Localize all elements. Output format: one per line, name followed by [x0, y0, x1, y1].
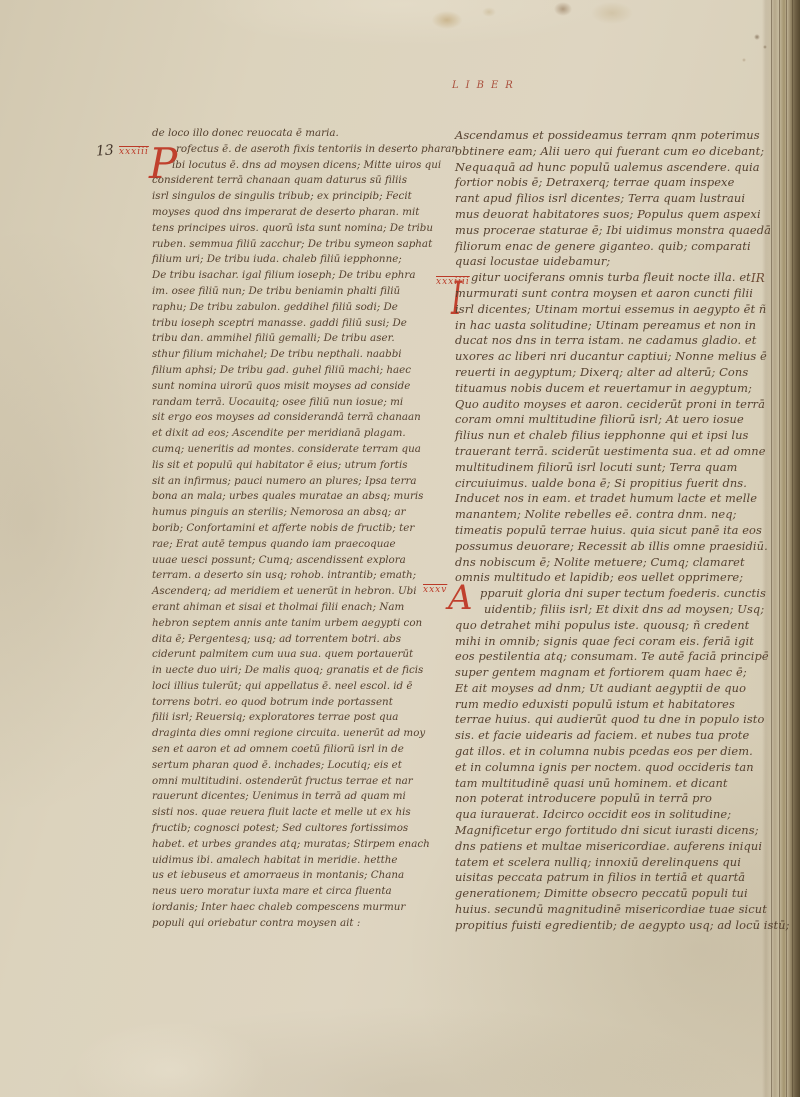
- manuscript-page: LIBER 13 xxxiii xxxiiii xxxv IR P I A de…: [0, 0, 800, 1097]
- text-line: filiorum enac de genere giganteo. quib; …: [455, 239, 767, 255]
- text-line: ruben. semmua filiū zacchur; De tribu sy…: [152, 237, 430, 253]
- text-line: tribu ioseph sceptri manasse. gaddi fili…: [152, 316, 430, 332]
- text-line: obtinere eam; Alii uero qui fuerant cum …: [455, 144, 767, 160]
- text-line: sit an infirmus; pauci numero an plures;…: [152, 474, 430, 490]
- text-line: Magnificetur ergo fortitudo dni sicut iu…: [455, 823, 767, 839]
- text-line: eos pestilentia atq; consumam. Te autē f…: [455, 649, 767, 665]
- text-line: sthur filium michahel; De tribu nepthali…: [152, 347, 430, 363]
- text-line: non poterat introducere populū in terrā …: [455, 791, 767, 807]
- text-line: dita ē; Pergentesq; usq; ad torrentem bo…: [152, 632, 430, 648]
- text-line: filium aphsi; De tribu gad. guhel filiū …: [152, 363, 430, 379]
- text-line: huius. secundū magnitudinē misericordiae…: [455, 902, 767, 918]
- text-line: uidimus ibi. amalech habitat in meridie.…: [152, 853, 430, 869]
- page-edge-line: [779, 0, 780, 1097]
- text-line: neus uero moratur iuxta mare et circa fl…: [152, 884, 430, 900]
- text-line: loci illius tulerūt; qui appellatus ē. n…: [152, 679, 430, 695]
- text-line: iordanis; Inter haec chaleb compescens m…: [152, 900, 430, 916]
- text-line: omnis multitudo et lapidib; eos uellet o…: [455, 570, 767, 586]
- text-line: sit ergo eos moyses ad considerandā terr…: [152, 410, 430, 426]
- text-line: Ascenderq; ad meridiem et uenerūt in heb…: [152, 584, 430, 600]
- text-line: filium uri; De tribu iuda. chaleb filiū …: [152, 252, 430, 268]
- text-line: Inducet nos in eam. et tradet humum lact…: [455, 491, 767, 507]
- text-line: de loco illo donec reuocata ē maria.: [152, 126, 430, 142]
- text-line: rum medio eduxisti populū istum et habit…: [455, 697, 767, 713]
- text-line: propitius fuisti egredientib; de aegypto…: [455, 918, 767, 934]
- text-line: bona an mala; urbes quales muratae an ab…: [152, 489, 430, 505]
- text-line: uidentib; filiis isrl; Et dixit dns ad m…: [455, 602, 767, 618]
- text-line: erant ahiman et sisai et tholmai filii e…: [152, 600, 430, 616]
- page-edge-line: [792, 0, 793, 1097]
- text-line: Et ait moyses ad dnm; Ut audiant aegypti…: [455, 681, 767, 697]
- text-line: rae; Erat autē tempus quando iam praecoq…: [152, 537, 430, 553]
- text-line: terram. a deserto sin usq; rohob. intran…: [152, 568, 430, 584]
- text-line: populi qui oriebatur contra moysen ait :: [152, 916, 430, 932]
- text-line: uuae uesci possunt; Cumq; ascendissent e…: [152, 553, 430, 569]
- text-line: Ascendamus et possideamus terram qnm pot…: [455, 128, 767, 144]
- text-line: isrl singulos de singulis tribub; ex pri…: [152, 189, 430, 205]
- text-line: hebron septem annis ante tanim urbem aeg…: [152, 616, 430, 632]
- text-line: et dixit ad eos; Ascendite per meridianā…: [152, 426, 430, 442]
- text-line: Quo audito moyses et aaron. ceciderūt pr…: [455, 397, 767, 413]
- text-line: isrl dicentes; Utinam mortui essemus in …: [455, 302, 767, 318]
- text-line: gat illos. et in columna nubis pcedas eo…: [455, 744, 767, 760]
- text-line: sertum pharan quod ē. inchades; Locutiq;…: [152, 758, 430, 774]
- text-line: rofectus ē. de aseroth fixis tentoriis i…: [152, 142, 430, 158]
- text-line: draginta dies omni regione circuita. uen…: [152, 726, 430, 742]
- text-line: murmurati sunt contra moysen et aaron cu…: [455, 286, 767, 302]
- text-line: sunt nomina uirorū quos misit moyses ad …: [152, 379, 430, 395]
- text-line: tituamus nobis ducem et reuertamur in ae…: [455, 381, 767, 397]
- text-line: ducat nos dns in terra istam. ne cadamus…: [455, 333, 767, 349]
- text-line: rauerunt dicentes; Uenimus in terrā ad q…: [152, 789, 430, 805]
- text-line: possumus deuorare; Recessit ab illis omn…: [455, 539, 767, 555]
- text-line: rant apud filios isrl dicentes; Terra qu…: [455, 191, 767, 207]
- text-line: coram omni multitudine filiorū isrl; At …: [455, 412, 767, 428]
- text-line: terrae huius. qui audierūt quod tu dne i…: [455, 712, 767, 728]
- text-line: filii isrl; Reuersiq; exploratores terra…: [152, 710, 430, 726]
- text-line: qua iurauerat. Idcirco occidit eos in so…: [455, 807, 767, 823]
- text-line: Nequaquā ad hunc populū ualemus ascender…: [455, 160, 767, 176]
- text-line: reuerti in aegyptum; Dixerq; alter ad al…: [455, 365, 767, 381]
- text-line: tam multitudinē quasi unū hominem. et di…: [455, 776, 767, 792]
- text-line: moyses quod dns imperarat de deserto pha…: [152, 205, 430, 221]
- text-line: quasi locustae uidebamur;: [455, 254, 767, 270]
- text-line: dns patiens et multae misericordiae. auf…: [455, 839, 767, 855]
- text-line: tribu dan. ammihel filiū gemalli; De tri…: [152, 331, 430, 347]
- text-line: sis. et facie uidearis ad faciem. et nub…: [455, 728, 767, 744]
- text-line: tatem et scelera nulliq; innoxiū derelin…: [455, 855, 767, 871]
- text-line: uisitas peccata patrum in filios in tert…: [455, 870, 767, 886]
- text-line: borib; Confortamini et afferte nobis de …: [152, 521, 430, 537]
- text-line: considerent terrā chanaan quam daturus s…: [152, 173, 430, 189]
- text-line: ibi locutus ē. dns ad moysen dicens; Mit…: [152, 158, 430, 174]
- text-line: trauerant terrā. sciderūt uestimenta sua…: [455, 444, 767, 460]
- running-title: LIBER: [452, 80, 520, 91]
- text-column-right: Ascendamus et possideamus terram qnm pot…: [455, 128, 767, 934]
- text-line: mus deuorat habitatores suos; Populus qu…: [455, 207, 767, 223]
- text-line: manantem; Nolite rebelles eē. contra dnm…: [455, 507, 767, 523]
- text-line: tens principes uiros. quorū ista sunt no…: [152, 221, 430, 237]
- text-line: uxores ac liberi nri ducantur captiui; N…: [455, 349, 767, 365]
- text-line: humus pinguis an sterilis; Nemorosa an a…: [152, 505, 430, 521]
- text-line: in hac uasta solitudine; Utinam pereamus…: [455, 318, 767, 334]
- text-line: gitur uociferans omnis turba fleuit noct…: [455, 270, 767, 286]
- text-line: et in columna ignis per noctem. quod occ…: [455, 760, 767, 776]
- chapter-number-arabic: 13: [95, 142, 114, 159]
- text-line: quo detrahet mihi populus iste. quousq; …: [455, 618, 767, 634]
- page-edge-line: [771, 0, 772, 1097]
- text-line: habet. et urbes grandes atq; muratas; St…: [152, 837, 430, 853]
- text-column-left: de loco illo donec reuocata ē maria.rofe…: [152, 126, 430, 932]
- text-line: filius nun et chaleb filius iepphonne qu…: [455, 428, 767, 444]
- text-line: mihi in omnib; signis quae feci coram ei…: [455, 634, 767, 650]
- text-line: in uecte duo uiri; De malis quoq; granat…: [152, 663, 430, 679]
- text-line: raphu; De tribu zabulon. geddihel filiū …: [152, 300, 430, 316]
- text-line: fructib; cognosci potest; Sed cultores f…: [152, 821, 430, 837]
- text-line: timeatis populū terrae huius. quia sicut…: [455, 523, 767, 539]
- text-line: randam terrā. Uocauitq; osee filiū nun i…: [152, 395, 430, 411]
- text-line: sisti nos. quae reuera fluit lacte et me…: [152, 805, 430, 821]
- text-line: torrens botri. eo quod botrum inde porta…: [152, 695, 430, 711]
- text-line: generationem; Dimitte obsecro peccatū po…: [455, 886, 767, 902]
- text-line: fortior nobis ē; Detraxerq; terrae quam …: [455, 175, 767, 191]
- text-line: dns nobiscum ē; Nolite metuere; Cumq; cl…: [455, 555, 767, 571]
- text-line: pparuit gloria dni super tectum foederis…: [455, 586, 767, 602]
- text-line: im. osee filiū nun; De tribu beniamin ph…: [152, 284, 430, 300]
- text-line: multitudinem filiorū isrl locuti sunt; T…: [455, 460, 767, 476]
- text-line: omni multitudini. ostenderūt fructus ter…: [152, 774, 430, 790]
- page-edge-line: [786, 0, 787, 1097]
- text-line: lis sit et populū qui habitator ē eius; …: [152, 458, 430, 474]
- text-line: circuiuimus. ualde bona ē; Si propitius …: [455, 476, 767, 492]
- text-line: De tribu isachar. igal filium ioseph; De…: [152, 268, 430, 284]
- text-line: super gentem magnam et fortiorem quam ha…: [455, 665, 767, 681]
- text-line: us et iebuseus et amorraeus in montanis;…: [152, 868, 430, 884]
- text-line: ciderunt palmitem cum uua sua. quem port…: [152, 647, 430, 663]
- text-line: cumq; ueneritis ad montes. considerate t…: [152, 442, 430, 458]
- text-line: mus procerae staturae ē; Ibi uidimus mon…: [455, 223, 767, 239]
- text-line: sen et aaron et ad omnem coetū filiorū i…: [152, 742, 430, 758]
- chapter-number-roman-33: xxxiii: [119, 147, 149, 157]
